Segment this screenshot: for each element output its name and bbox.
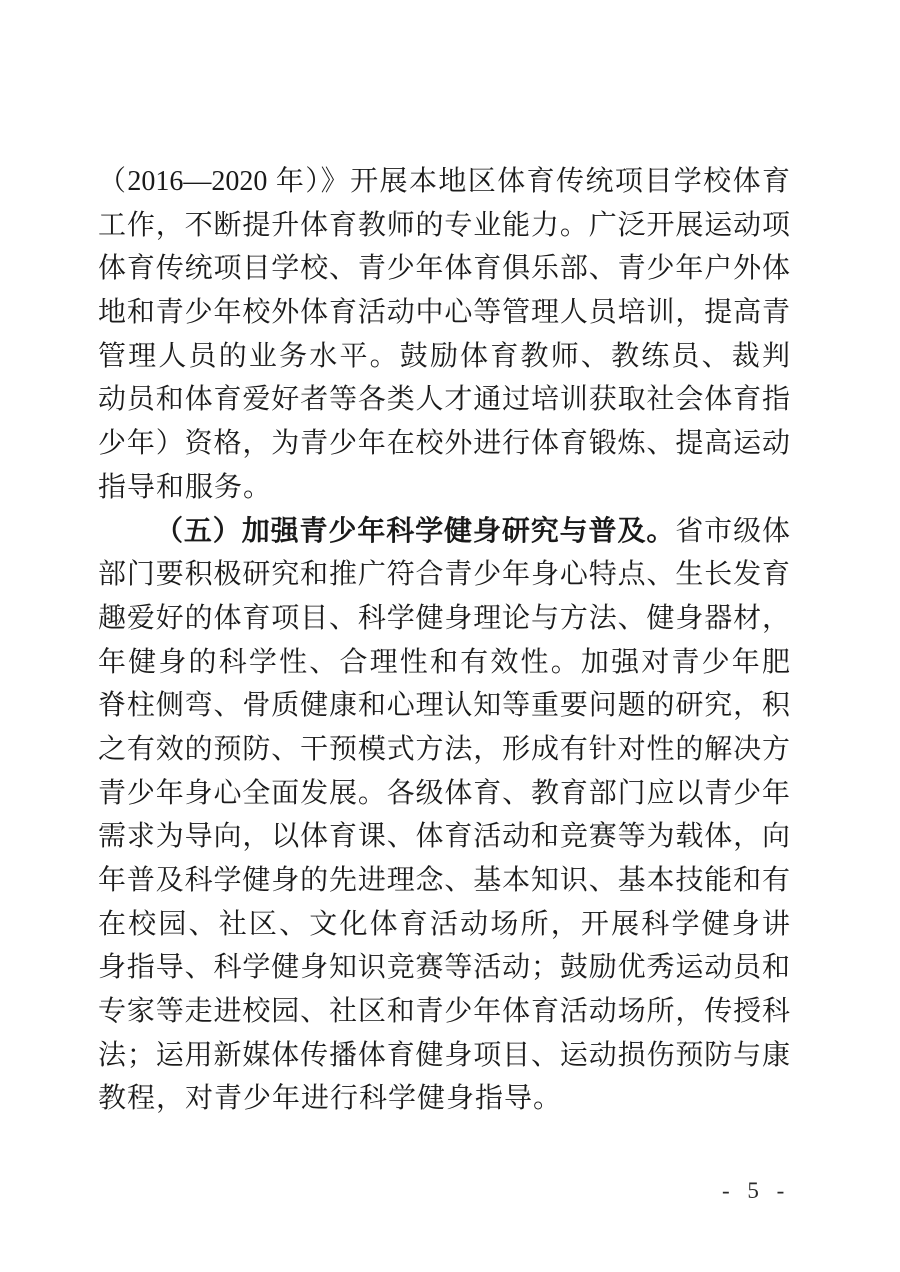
document-body: （2016—2020 年）》开展本地区体育传统项目学校体育师资培训 工作，不断提…	[98, 160, 790, 1121]
text-line: 少年）资格，为青少年在校外进行体育锻炼、提高运动技能提供	[98, 422, 790, 466]
document-page: （2016—2020 年）》开展本地区体育传统项目学校体育师资培训 工作，不断提…	[0, 0, 900, 1272]
text-line: 之有效的预防、干预模式方法，形成有针对性的解决方案，促进	[98, 728, 790, 772]
text-line: 专家等走进校园、社区和青少年体育活动场所，传授科学健身方	[98, 990, 790, 1034]
text-line: 工作，不断提升体育教师的专业能力。广泛开展运动项目协会、	[98, 204, 790, 248]
text-line: 动员和体育爱好者等各类人才通过培训获取社会体育指导员（青	[98, 378, 790, 422]
text-line: 年普及科学健身的先进理念、基本知识、基本技能和有效方法；	[98, 859, 790, 903]
text-line: 趣爱好的体育项目、科学健身理论与方法、健身器材，提高青少	[98, 597, 790, 641]
page-number: - 5 -	[722, 1178, 790, 1204]
text-line: 年健身的科学性、合理性和有效性。加强对青少年肥胖、近视、	[98, 641, 790, 685]
text-line: 地和青少年校外体育活动中心等管理人员培训，提高青少年体育	[98, 291, 790, 335]
text-line: 需求为导向，以体育课、体育活动和竞赛等为载体，向广大青少	[98, 815, 790, 859]
text-line: 脊柱侧弯、骨质健康和心理认知等重要问题的研究，积极探索行	[98, 684, 790, 728]
paragraph-end-line: 教程，对青少年进行科学健身指导。	[98, 1077, 790, 1121]
text-line: 在校园、社区、文化体育活动场所，开展科学健身讲座、科学健	[98, 903, 790, 947]
section-heading: （五）加强青少年科学健身研究与普及。	[155, 516, 675, 547]
text-line: 法；运用新媒体传播体育健身项目、运动损伤预防与康复等视频	[98, 1034, 790, 1078]
text-line: 青少年身心全面发展。各级体育、教育部门应以青少年科学健身	[98, 772, 790, 816]
text-line: 身指导、科学健身知识竞赛等活动；鼓励优秀运动员和体育健身	[98, 946, 790, 990]
text-line: 部门要积极研究和推广符合青少年身心特点、生长发育规律和兴	[98, 553, 790, 597]
text-line: 体育传统项目学校、青少年体育俱乐部、青少年户外体育活动营	[98, 247, 790, 291]
paragraph-end-line: 指导和服务。	[98, 466, 790, 510]
section-heading-line: （五）加强青少年科学健身研究与普及。省市级体育、教育	[98, 510, 790, 554]
text-line: 管理人员的业务水平。鼓励体育教师、教练员、裁判员、退役运	[98, 335, 790, 379]
text-line: （2016—2020 年）》开展本地区体育传统项目学校体育师资培训	[98, 160, 790, 204]
